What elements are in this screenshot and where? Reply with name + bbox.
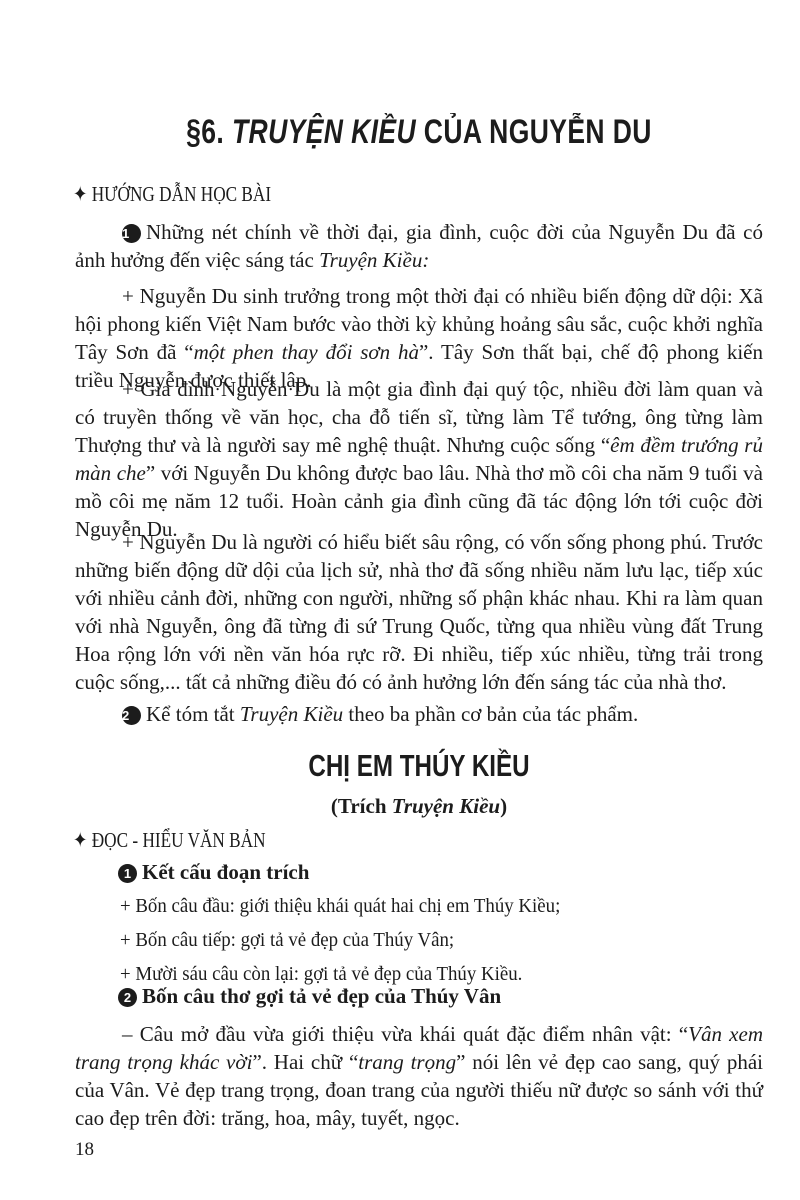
title-work-name: TRUYỆN KIỀU [232, 113, 416, 151]
number-2-icon: 2 [122, 706, 141, 725]
thuy-van-heading: 2Bốn câu thơ gợi tả vẻ đẹp của Thúy Vân [118, 982, 501, 1010]
structure-heading: 1Kết cấu đoạn trích [118, 858, 309, 886]
excerpt-source-note: (Trích Truyện Kiều) [75, 792, 763, 820]
structure-item: + Bốn câu đầu: giới thiệu khái quát hai … [120, 892, 560, 920]
paragraph-thuy-van: – Câu mở đầu vừa giới thiệu vừa khái quá… [75, 1020, 763, 1132]
lesson-title: §6. TRUYỆN KIỀU CỦA NGUYỄN DU [151, 118, 688, 146]
diamond-star-icon: ✦ [73, 828, 87, 852]
study-guide-heading: ✦ HƯỚNG DẪN HỌC BÀI [73, 180, 271, 208]
page-number: 18 [75, 1136, 94, 1164]
number-2-icon: 2 [118, 988, 137, 1007]
question-2: 2Kể tóm tắt Truyện Kiều theo ba phần cơ … [75, 700, 763, 728]
title-author: CỦA NGUYỄN DU [424, 113, 652, 151]
diamond-star-icon: ✦ [73, 182, 87, 206]
paragraph-life-experience: + Nguyễn Du là người có hiểu biết sâu rộ… [75, 528, 763, 696]
number-1-icon: 1 [118, 864, 137, 883]
paragraph-family: + Gia đình Nguyễn Du là một gia đình đại… [75, 375, 763, 543]
question-1: 1Những nét chính về thời đại, gia đình, … [75, 218, 763, 274]
structure-item: + Bốn câu tiếp: gợi tả vẻ đẹp của Thúy V… [120, 926, 454, 954]
number-1-icon: 1 [122, 224, 141, 243]
reading-heading: ✦ ĐỌC - HIỂU VĂN BẢN [73, 826, 266, 854]
section-number: §6. [186, 113, 224, 151]
excerpt-title: CHỊ EM THÚY KIỀU [151, 752, 688, 780]
